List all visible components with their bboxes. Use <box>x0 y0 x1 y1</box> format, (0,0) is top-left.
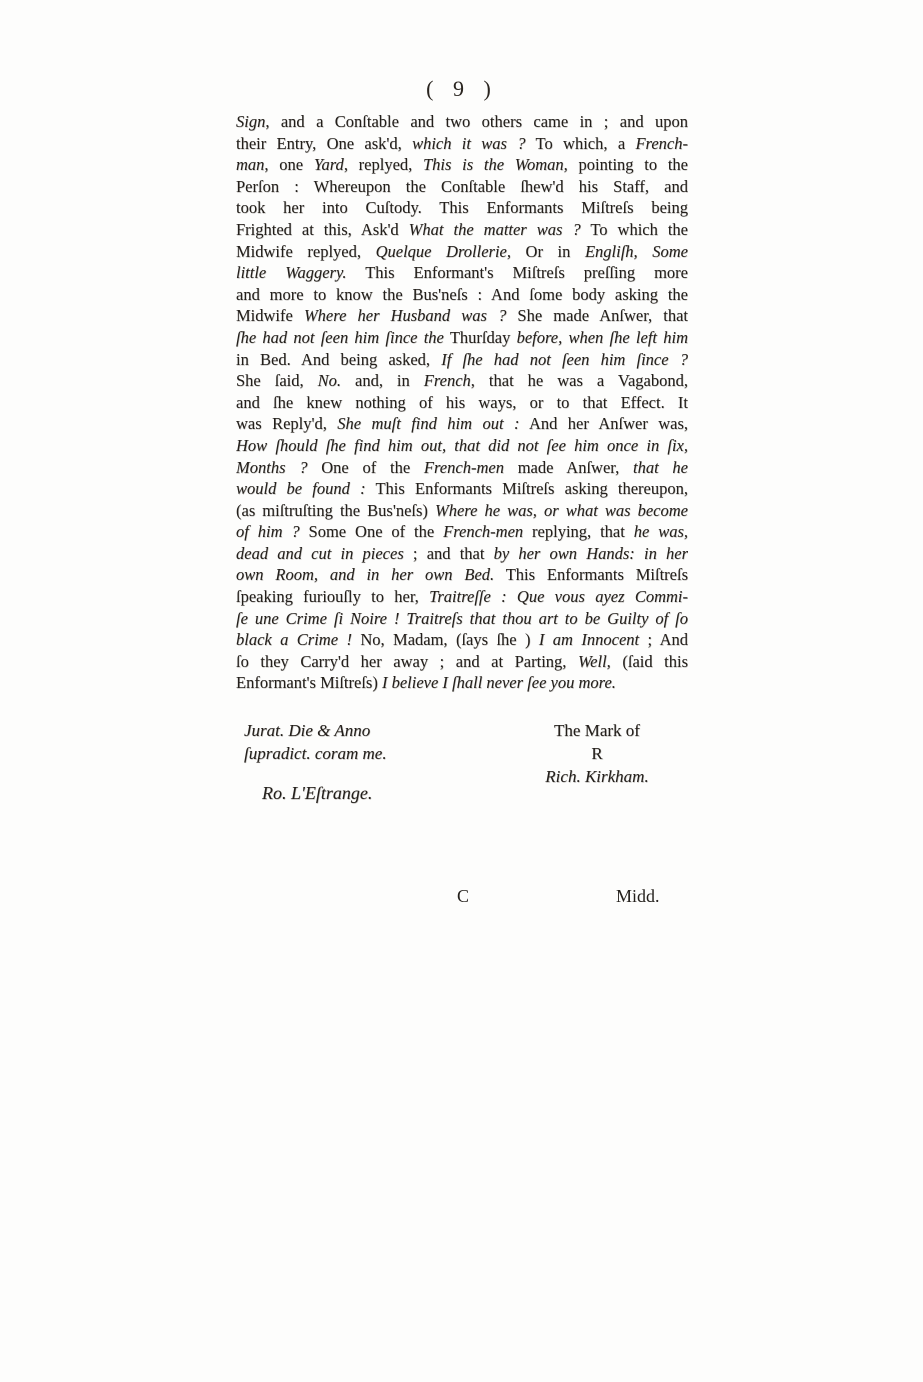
text-run: ſe une Crime ſi Noire ! Traitreſs that t… <box>236 609 688 628</box>
text-run: Perſon : Whereupon the Conſtable ſhew'd … <box>236 177 688 196</box>
text-line: Perſon : Whereupon the Conſtable ſhew'd … <box>236 176 688 198</box>
magistrate-signature: Ro. L'Eſtrange. <box>262 783 372 804</box>
text-run: No. <box>318 371 341 390</box>
text-run: little Waggery. <box>236 263 347 282</box>
text-run: Some One of the <box>300 522 443 541</box>
text-run: of him ? <box>236 522 300 541</box>
text-run: She ſaid, <box>236 371 318 390</box>
text-run: Or in <box>511 242 585 261</box>
text-run: Where he was, or what was become <box>435 501 688 520</box>
text-run: One of the <box>308 458 424 477</box>
text-run: No, Madam, (ſays ſhe ) <box>352 630 539 649</box>
text-run: Midwife replyed, <box>236 242 376 261</box>
text-run: This Enformant's Miſtreſs preſſing more <box>347 263 688 282</box>
text-run: (ſaid this <box>611 652 688 671</box>
text-line: Frighted at this, Ask'd What the matter … <box>236 219 688 241</box>
text-run: And her Anſwer was, <box>519 414 688 433</box>
text-run: This Enformants Miſtreſs <box>494 565 688 584</box>
text-run: dead and cut in pieces <box>236 544 404 563</box>
text-line: Sign, and a Conſtable and two others cam… <box>236 111 688 133</box>
text-run: that he <box>633 458 688 477</box>
text-run: and more to know the Bus'neſs : And ſome… <box>236 285 688 304</box>
text-run: Traitreſſe : Que vous ayez Commi- <box>429 587 688 606</box>
text-run: Well, <box>578 652 611 671</box>
text-run: She made Anſwer, that <box>506 306 688 325</box>
text-run: Yard <box>314 155 344 174</box>
jurat-line-2: ſupradict. coram me. <box>244 742 387 765</box>
text-run: in her <box>644 544 688 563</box>
text-line: and ſhe knew nothing of his ways, or to … <box>236 392 688 414</box>
text-run: French <box>424 371 471 390</box>
text-run: If ſhe had not ſeen him ſince ? <box>441 350 688 369</box>
text-run: by her own Hands: <box>494 544 635 563</box>
deposition-body-text: Sign, and a Conſtable and two others cam… <box>236 111 688 694</box>
text-run: own Room, and in her own Bed. <box>236 565 494 584</box>
text-run: ſhe had not ſeen him ſince the <box>236 328 444 347</box>
text-line: own Room, and in her own Bed. This Enfor… <box>236 564 688 586</box>
text-run: pointing to the <box>568 155 688 174</box>
text-line: little Waggery. This Enformant's Miſtreſ… <box>236 262 688 284</box>
text-run: To which the <box>581 220 688 239</box>
mark-caption: The Mark of <box>536 719 658 742</box>
text-run: I am Innocent <box>539 630 639 649</box>
text-run: black a Crime ! <box>236 630 352 649</box>
text-line: black a Crime ! No, Madam, (ſays ſhe ) I… <box>236 629 688 651</box>
text-run: Where her Husband was ? <box>304 306 506 325</box>
text-run: Thurſday <box>444 328 517 347</box>
text-run: and ſhe knew nothing of his ways, or to … <box>236 393 688 412</box>
text-run: French- <box>635 134 688 153</box>
jurat-attestation: Jurat. Die & Anno ſupradict. coram me. <box>244 719 387 765</box>
text-run: was Reply'd, <box>236 414 337 433</box>
text-run: She muſt find him out : <box>337 414 519 433</box>
text-run: What the matter was ? <box>409 220 581 239</box>
text-run: ; And <box>639 630 688 649</box>
text-line: Midwife replyed, Quelque Drollerie, Or i… <box>236 241 688 263</box>
text-run: man <box>236 155 264 174</box>
jurat-line-1: Jurat. Die & Anno <box>244 719 387 742</box>
text-run <box>635 544 644 563</box>
text-run: Frighted at this, Ask'd <box>236 220 409 239</box>
text-run: ſo they Carry'd her away ; and at Partin… <box>236 652 578 671</box>
gathering-signature-mark: C <box>450 886 476 907</box>
text-run: French-men <box>443 522 523 541</box>
catchword: Midd. <box>616 886 660 907</box>
text-run: which it was ? <box>412 134 525 153</box>
text-run: This Enformants Miſtreſs asking thereupo… <box>366 479 688 498</box>
text-line: How ſhould ſhe find him out, that did no… <box>236 435 688 457</box>
text-run: Months ? <box>236 458 308 477</box>
text-line: would be found : This Enformants Miſtreſ… <box>236 478 688 500</box>
text-run: and, in <box>341 371 424 390</box>
text-line: Months ? One of the French-men made Anſw… <box>236 457 688 479</box>
text-line: of him ? Some One of the French-men repl… <box>236 521 688 543</box>
text-run: I believe I ſhall never ſee you more. <box>382 673 616 692</box>
text-line: their Entry, One ask'd, which it was ? T… <box>236 133 688 155</box>
text-run: made Anſwer, <box>504 458 633 477</box>
text-line: ſo they Carry'd her away ; and at Partin… <box>236 651 688 673</box>
text-run: , replyed, <box>344 155 423 174</box>
text-run: How ſhould ſhe find him out, that did no… <box>236 436 688 455</box>
text-line: Midwife Where her Husband was ? She made… <box>236 305 688 327</box>
text-run: Sign <box>236 112 265 131</box>
scanned-document-page: ( 9 ) Sign, and a Conſtable and two othe… <box>0 0 923 1382</box>
text-line: ſhe had not ſeen him ſince the Thurſday … <box>236 327 688 349</box>
mark-of-deponent: The Mark of R Rich. Kirkham. <box>536 719 658 788</box>
text-run: Quelque Drollerie, <box>376 242 511 261</box>
text-line: ſe une Crime ſi Noire ! Traitreſs that t… <box>236 608 688 630</box>
text-run: took her into Cuſtody. This Enformants M… <box>236 198 688 217</box>
text-line: was Reply'd, She muſt find him out : And… <box>236 413 688 435</box>
text-line: She ſaid, No. and, in French, that he wa… <box>236 370 688 392</box>
text-run: French-men <box>424 458 504 477</box>
text-run: before, when ſhe left him <box>517 328 688 347</box>
text-run: Enformant's Miſtreſs) <box>236 673 382 692</box>
text-run: , one <box>264 155 313 174</box>
text-run: Engliſh, Some <box>585 242 688 261</box>
text-line: (as miſtruſting the Bus'neſs) Where he w… <box>236 500 688 522</box>
text-run: in Bed. And being asked, <box>236 350 441 369</box>
text-run: would be found : <box>236 479 366 498</box>
text-line: took her into Cuſtody. This Enformants M… <box>236 197 688 219</box>
text-line: dead and cut in pieces ; and that by her… <box>236 543 688 565</box>
text-run: To which, a <box>526 134 636 153</box>
text-run: their Entry, One ask'd, <box>236 134 412 153</box>
mark-initial: R <box>536 742 658 765</box>
text-line: man, one Yard, replyed, This is the Woma… <box>236 154 688 176</box>
text-run: he was, <box>634 522 688 541</box>
text-line: Enformant's Miſtreſs) I believe I ſhall … <box>236 672 688 694</box>
text-run: Midwife <box>236 306 304 325</box>
text-line: in Bed. And being asked, If ſhe had not … <box>236 349 688 371</box>
text-line: and more to know the Bus'neſs : And ſome… <box>236 284 688 306</box>
text-run: ſpeaking furiouſly to her, <box>236 587 429 606</box>
page-number: ( 9 ) <box>236 76 688 102</box>
text-run: ; and that <box>404 544 494 563</box>
text-run: (as miſtruſting the Bus'neſs) <box>236 501 435 520</box>
text-run: , that he was a Vagabond, <box>471 371 688 390</box>
text-line: ſpeaking furiouſly to her, Traitreſſe : … <box>236 586 688 608</box>
deponent-name: Rich. Kirkham. <box>536 765 658 788</box>
text-run: , and a Conſtable and two others came in… <box>265 112 688 131</box>
text-run: This is the Woman, <box>423 155 568 174</box>
text-run: replying, that <box>523 522 634 541</box>
